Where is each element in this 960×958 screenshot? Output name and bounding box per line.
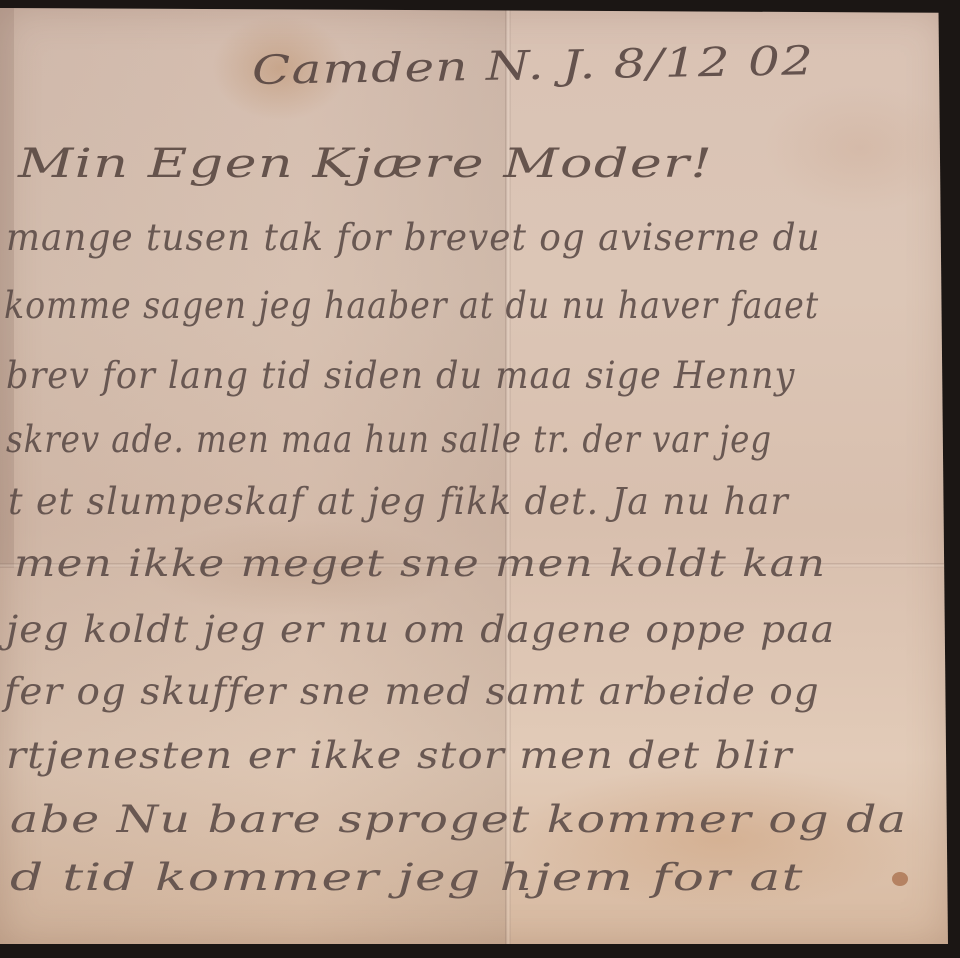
letter-paper: Camden N. J. 8/12 02 Min Egen Kjære Mode…: [0, 8, 948, 946]
letter-line-8: fer og skuffer sne med samt arbeide og: [4, 670, 820, 713]
letter-line-2: komme sagen jeg haaber at du nu haver fa…: [4, 284, 819, 327]
letter-line-7: jeg koldt jeg er nu om dagene oppe paa: [6, 608, 835, 651]
letter-line-3: brev for lang tid siden du maa sige Henn…: [6, 354, 795, 397]
letter-line-5: t et slumpeskaf at jeg fikk det. Ja nu h…: [8, 480, 789, 523]
ink-stain-spot: [892, 872, 908, 886]
letter-line-11: d tid kommer jeg hjem for at: [10, 856, 804, 899]
letter-line-4: skrev ade. men maa hun salle tr. der var…: [6, 418, 772, 461]
letter-line-6: men ikke meget sne men koldt kan: [14, 542, 826, 585]
table-surface-edge: [0, 944, 960, 958]
letter-salutation: Min Egen Kjære Moder!: [18, 141, 713, 187]
letter-line-1: mange tusen tak for brevet og aviserne d…: [6, 216, 821, 259]
letter-line-10: abe Nu bare sproget kommer og da: [10, 798, 907, 841]
photo-scene: Camden N. J. 8/12 02 Min Egen Kjære Mode…: [0, 0, 960, 958]
letter-place-date: Camden N. J. 8/12 02: [252, 38, 815, 94]
letter-line-9: rtjenesten er ikke stor men det blir: [6, 734, 793, 777]
